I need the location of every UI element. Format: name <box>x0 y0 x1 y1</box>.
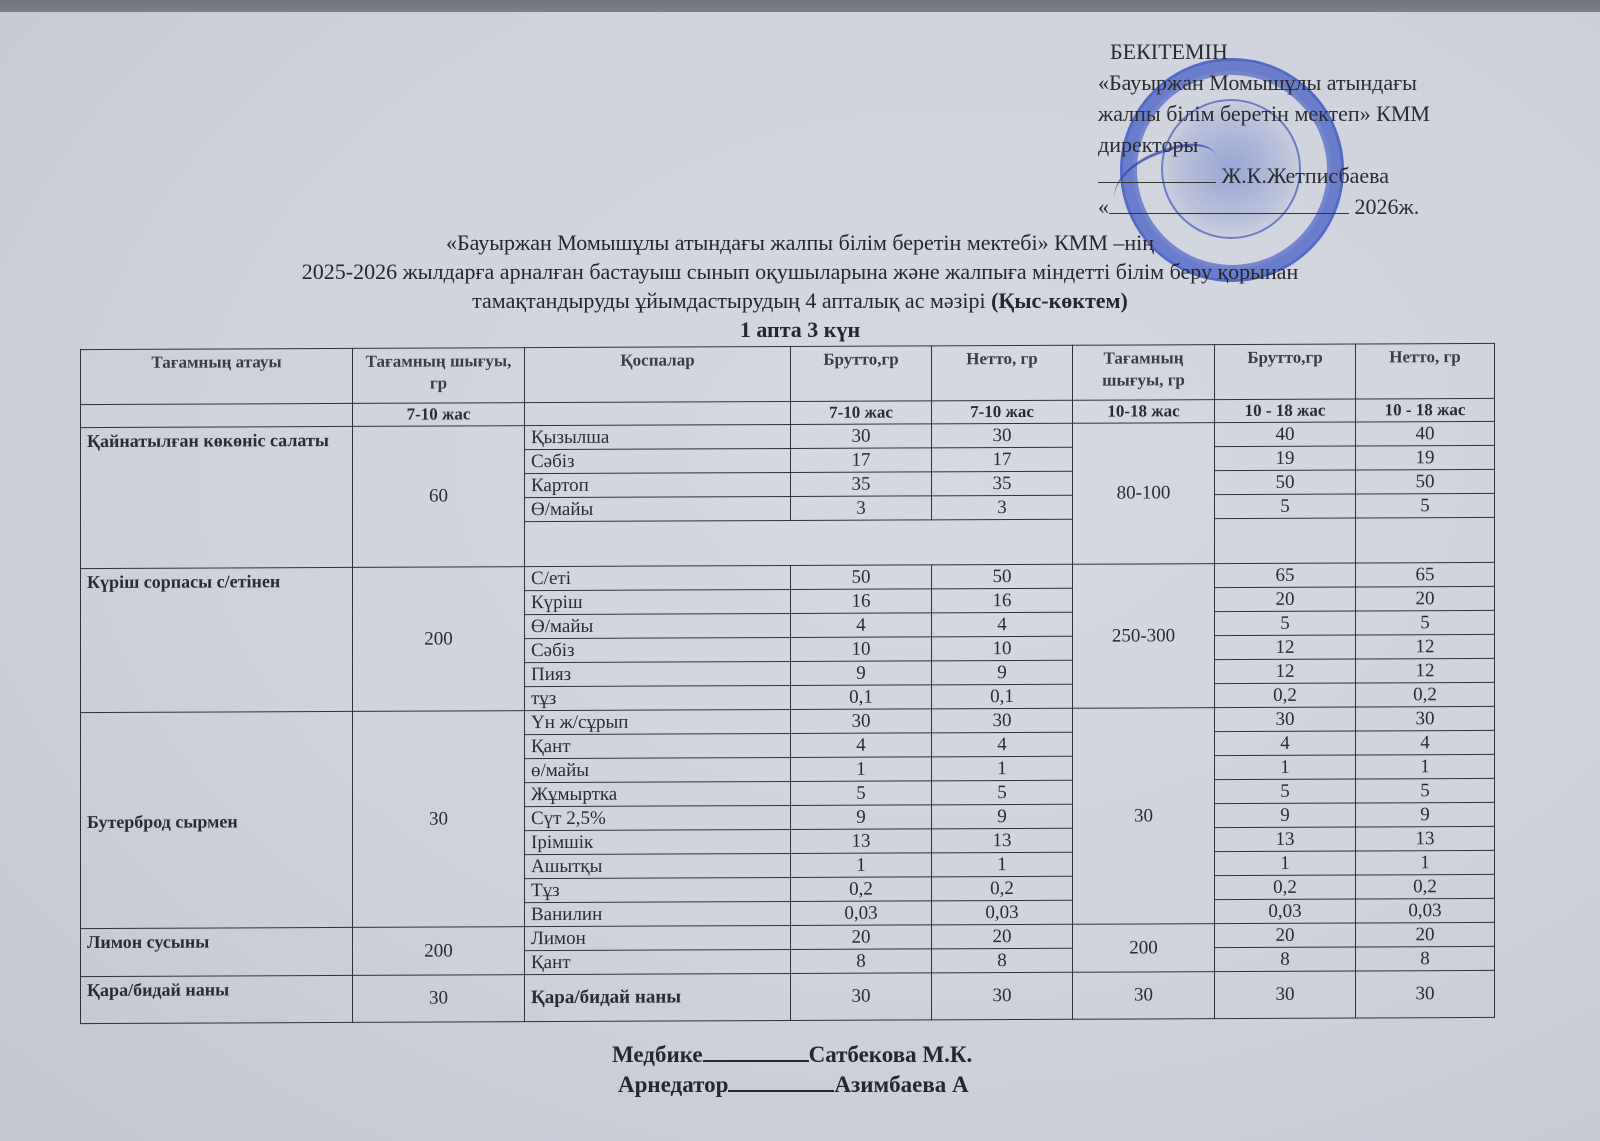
brutto-7-10: 9 <box>791 661 932 686</box>
title-line-3-text: тамақтандыруды ұйымдастырудың 4 апталық … <box>472 288 985 313</box>
netto-7-10: 1 <box>932 852 1073 877</box>
netto-7-10: 30 <box>932 423 1073 448</box>
brutto-7-10: 50 <box>791 565 932 590</box>
dish-name: Бутерброд сырмен <box>81 711 353 928</box>
brutto-10-18: 0,03 <box>1215 899 1356 924</box>
col-dish-name: Тағамның атауы <box>81 348 353 404</box>
date-prefix: « <box>1098 194 1109 219</box>
dish-name: Қайнатылған көкөніс салаты <box>81 426 353 568</box>
netto-7-10: 4 <box>932 612 1073 637</box>
netto-10-18: 8 <box>1356 946 1495 971</box>
netto-10-18: 5 <box>1356 778 1495 803</box>
netto-7-10: 0,2 <box>932 876 1073 901</box>
tenant-signature-line: АрнедаторАзимбаева А <box>612 1070 972 1100</box>
brutto-10-18: 30 <box>1215 971 1356 1019</box>
ingredient-name: Сәбіз <box>525 637 791 662</box>
brutto-7-10: 3 <box>791 496 932 521</box>
netto-10-18: 9 <box>1356 802 1495 827</box>
brutto-10-18: 20 <box>1215 587 1356 612</box>
netto-7-10: 10 <box>932 636 1073 661</box>
approval-org-line2: жалпы білім беретін мектеп» КММ <box>1098 98 1518 129</box>
brutto-7-10: 1 <box>791 853 932 878</box>
brutto-7-10: 0,1 <box>791 685 932 710</box>
approval-signer: Ж.К.Жетписбаева <box>1222 163 1390 188</box>
brutto-10-18: 12 <box>1215 659 1356 684</box>
nurse-signature-blank <box>703 1060 809 1062</box>
brutto-10-18: 9 <box>1215 803 1356 828</box>
netto-10-18: 40 <box>1356 421 1495 446</box>
age-netto-10-18: 10 - 18 жас <box>1356 398 1495 422</box>
dish-yield-10-18: 30 <box>1073 972 1215 1020</box>
netto-10-18: 65 <box>1356 562 1495 587</box>
ingredient-name: Ірімшік <box>525 829 791 854</box>
ingredient-name: ө/майы <box>525 757 791 782</box>
brutto-7-10: 10 <box>791 637 932 662</box>
netto-10-18: 1 <box>1356 754 1495 779</box>
brutto-7-10: 8 <box>791 949 932 974</box>
nurse-label: Медбике <box>612 1042 703 1067</box>
netto-10-18: 20 <box>1356 586 1495 611</box>
netto-7-10: 35 <box>932 471 1073 496</box>
brutto-10-18: 1 <box>1215 755 1356 780</box>
netto-10-18: 0,03 <box>1356 898 1495 923</box>
ingredient-name: Лимон <box>525 925 791 950</box>
ingredient-name: Сүт 2,5% <box>525 805 791 830</box>
dish-yield-10-18: 250-300 <box>1073 564 1215 709</box>
ingredient-name: Қызылша <box>525 424 791 449</box>
brutto-10-18: 0,2 <box>1215 875 1356 900</box>
menu-body: Қайнатылған көкөніс салаты60Қызылша30308… <box>81 421 1495 1023</box>
brutto-10-18: 20 <box>1215 923 1356 948</box>
netto-10-18: 12 <box>1356 634 1495 659</box>
ingredient-name: Пияз <box>525 661 791 686</box>
menu-table: Тағамның атауы Тағамның шығуы, гр Қоспал… <box>80 343 1495 1024</box>
ingredient-name: С/еті <box>525 565 791 590</box>
netto-10-18: 0,2 <box>1356 682 1495 707</box>
netto-10-18: 20 <box>1356 922 1495 947</box>
ingredient-name: Жұмыртка <box>525 781 791 806</box>
ingredient-name: Қант <box>525 949 791 974</box>
netto-7-10: 4 <box>932 732 1073 757</box>
approval-signer-line: Ж.К.Жетписбаева <box>1098 160 1518 191</box>
approval-position: директоры <box>1098 129 1518 160</box>
tenant-label: Арнедатор <box>618 1072 728 1097</box>
netto-10-18: 13 <box>1356 826 1495 851</box>
nurse-signature-line: МедбикеСатбекова М.К. <box>612 1040 972 1070</box>
col-ingredients: Қоспалар <box>525 346 791 402</box>
brutto-7-10: 30 <box>791 973 932 1021</box>
brutto-10-18: 40 <box>1215 422 1356 447</box>
brutto-10-18: 50 <box>1215 470 1356 495</box>
empty-cell <box>525 519 1073 566</box>
dish-yield-7-10: 60 <box>353 426 525 568</box>
tenant-signature-blank <box>728 1090 834 1092</box>
ingredient-name: Ө/майы <box>525 496 791 521</box>
brutto-10-18: 12 <box>1215 635 1356 660</box>
age-yield-10-18: 10-18 жас <box>1073 400 1215 424</box>
dish-name: Лимон сусыны <box>81 927 353 976</box>
tenant-name: Азимбаева А <box>834 1072 968 1097</box>
approval-block: БЕКІТЕМІН «Бауыржан Момышұлы атындағы жа… <box>1098 36 1518 222</box>
netto-7-10: 17 <box>932 447 1073 472</box>
netto-10-18: 19 <box>1356 445 1495 470</box>
netto-7-10: 3 <box>932 495 1073 520</box>
dish-yield-10-18: 30 <box>1073 708 1215 925</box>
netto-7-10: 0,1 <box>932 684 1073 709</box>
age-empty <box>81 403 353 427</box>
dish-yield-7-10: 30 <box>353 711 525 928</box>
title-line-3: тамақтандыруды ұйымдастырудың 4 апталық … <box>160 286 1440 315</box>
approval-year: 2026ж. <box>1349 194 1419 219</box>
brutto-7-10: 20 <box>791 925 932 950</box>
brutto-7-10: 0,2 <box>791 877 932 902</box>
brutto-10-18: 5 <box>1215 779 1356 804</box>
netto-7-10: 20 <box>932 924 1073 949</box>
brutto-10-18: 5 <box>1215 494 1356 519</box>
col-yield-7-10: Тағамның шығуы, гр <box>353 348 525 404</box>
brutto-10-18: 5 <box>1215 611 1356 636</box>
brutto-10-18: 8 <box>1215 947 1356 972</box>
col-yield-10-18: Тағамның шығуы, гр <box>1073 345 1215 401</box>
netto-7-10: 50 <box>932 564 1073 589</box>
netto-7-10: 9 <box>932 660 1073 685</box>
season-label: (Қыс-көктем) <box>991 288 1128 313</box>
col-brutto-7-10: Брутто,гр <box>791 346 932 402</box>
brutto-10-18: 30 <box>1215 707 1356 732</box>
title-line-2: 2025-2026 жылдарға арналған бастауыш сын… <box>160 257 1440 286</box>
nurse-name: Сатбекова М.К. <box>809 1042 973 1067</box>
ingredient-name: Қант <box>525 733 791 758</box>
dish-yield-7-10: 200 <box>353 927 525 976</box>
age-yield-7-10: 7-10 жас <box>353 403 525 427</box>
netto-10-18: 30 <box>1356 706 1495 731</box>
ingredient-name: Үн ж/сұрып <box>525 709 791 734</box>
brutto-7-10: 17 <box>791 448 932 473</box>
dish-yield-10-18: 200 <box>1073 924 1215 973</box>
signatures-footer: МедбикеСатбекова М.К. АрнедаторАзимбаева… <box>612 1040 972 1100</box>
netto-10-18: 0,2 <box>1356 874 1495 899</box>
brutto-7-10: 0,03 <box>791 901 932 926</box>
brutto-7-10: 1 <box>791 757 932 782</box>
approval-heading: БЕКІТЕМІН <box>1098 36 1518 67</box>
col-brutto-10-18: Брутто,гр <box>1215 344 1356 400</box>
ingredient-name: Ө/майы <box>525 613 791 638</box>
netto-10-18: 4 <box>1356 730 1495 755</box>
netto-10-18: 5 <box>1356 610 1495 635</box>
ingredient-name: Картоп <box>525 472 791 497</box>
netto-10-18: 1 <box>1356 850 1495 875</box>
netto-10-18: 5 <box>1356 493 1495 518</box>
col-netto-7-10: Нетто, гр <box>932 345 1073 401</box>
dish-name: Күріш сорпасы с/етінен <box>81 567 353 712</box>
age-empty <box>525 401 791 425</box>
netto-7-10: 13 <box>932 828 1073 853</box>
brutto-7-10: 13 <box>791 829 932 854</box>
brutto-7-10: 35 <box>791 472 932 497</box>
empty-cell <box>1215 518 1356 564</box>
netto-7-10: 8 <box>932 948 1073 973</box>
ingredient-name: Ашытқы <box>525 853 791 878</box>
brutto-10-18: 4 <box>1215 731 1356 756</box>
netto-7-10: 16 <box>932 588 1073 613</box>
age-brutto-7-10: 7-10 жас <box>791 401 932 425</box>
approval-org-line1: «Бауыржан Момышұлы атындағы <box>1098 67 1518 98</box>
brutto-10-18: 0,2 <box>1215 683 1356 708</box>
brutto-7-10: 5 <box>791 781 932 806</box>
brutto-10-18: 19 <box>1215 446 1356 471</box>
dish-yield-7-10: 200 <box>353 567 525 712</box>
brutto-10-18: 13 <box>1215 827 1356 852</box>
netto-10-18: 12 <box>1356 658 1495 683</box>
netto-7-10: 30 <box>932 972 1073 1020</box>
brutto-10-18: 1 <box>1215 851 1356 876</box>
table-row: Қара/бидай наны30Қара/бидай наны30303030… <box>81 970 1495 1023</box>
dish-name: Қара/бидай наны <box>81 975 353 1023</box>
header-row: Тағамның атауы Тағамның шығуы, гр Қоспал… <box>81 343 1495 404</box>
ingredient-name: Ванилин <box>525 901 791 926</box>
approval-date-line: « 2026ж. <box>1098 191 1518 222</box>
empty-cell <box>1356 517 1495 563</box>
ingredient-name: тұз <box>525 685 791 710</box>
netto-7-10: 9 <box>932 804 1073 829</box>
netto-7-10: 1 <box>932 756 1073 781</box>
brutto-7-10: 16 <box>791 589 932 614</box>
dish-yield-10-18: 80-100 <box>1073 423 1215 565</box>
netto-7-10: 5 <box>932 780 1073 805</box>
netto-10-18: 50 <box>1356 469 1495 494</box>
date-blank <box>1109 213 1349 214</box>
ingredient-name: Сәбіз <box>525 448 791 473</box>
signature-blank <box>1098 182 1216 183</box>
brutto-7-10: 4 <box>791 613 932 638</box>
brutto-7-10: 9 <box>791 805 932 830</box>
title-line-1: «Бауыржан Момышұлы атындағы жалпы білім … <box>160 228 1440 257</box>
week-day-label: 1 апта 3 күн <box>160 315 1440 344</box>
document-title: «Бауыржан Момышұлы атындағы жалпы білім … <box>160 228 1440 344</box>
brutto-7-10: 30 <box>791 709 932 734</box>
ingredient-name: Күріш <box>525 589 791 614</box>
ingredient-name: Қара/бидай наны <box>525 973 791 1021</box>
age-netto-7-10: 7-10 жас <box>932 400 1073 424</box>
col-netto-10-18: Нетто, гр <box>1356 343 1495 399</box>
brutto-7-10: 4 <box>791 733 932 758</box>
brutto-7-10: 30 <box>791 424 932 449</box>
brutto-10-18: 65 <box>1215 563 1356 588</box>
age-brutto-10-18: 10 - 18 жас <box>1215 399 1356 423</box>
netto-10-18: 30 <box>1356 970 1495 1018</box>
dish-yield-7-10: 30 <box>353 975 525 1023</box>
ingredient-name: Тұз <box>525 877 791 902</box>
netto-7-10: 0,03 <box>932 900 1073 925</box>
netto-7-10: 30 <box>932 708 1073 733</box>
